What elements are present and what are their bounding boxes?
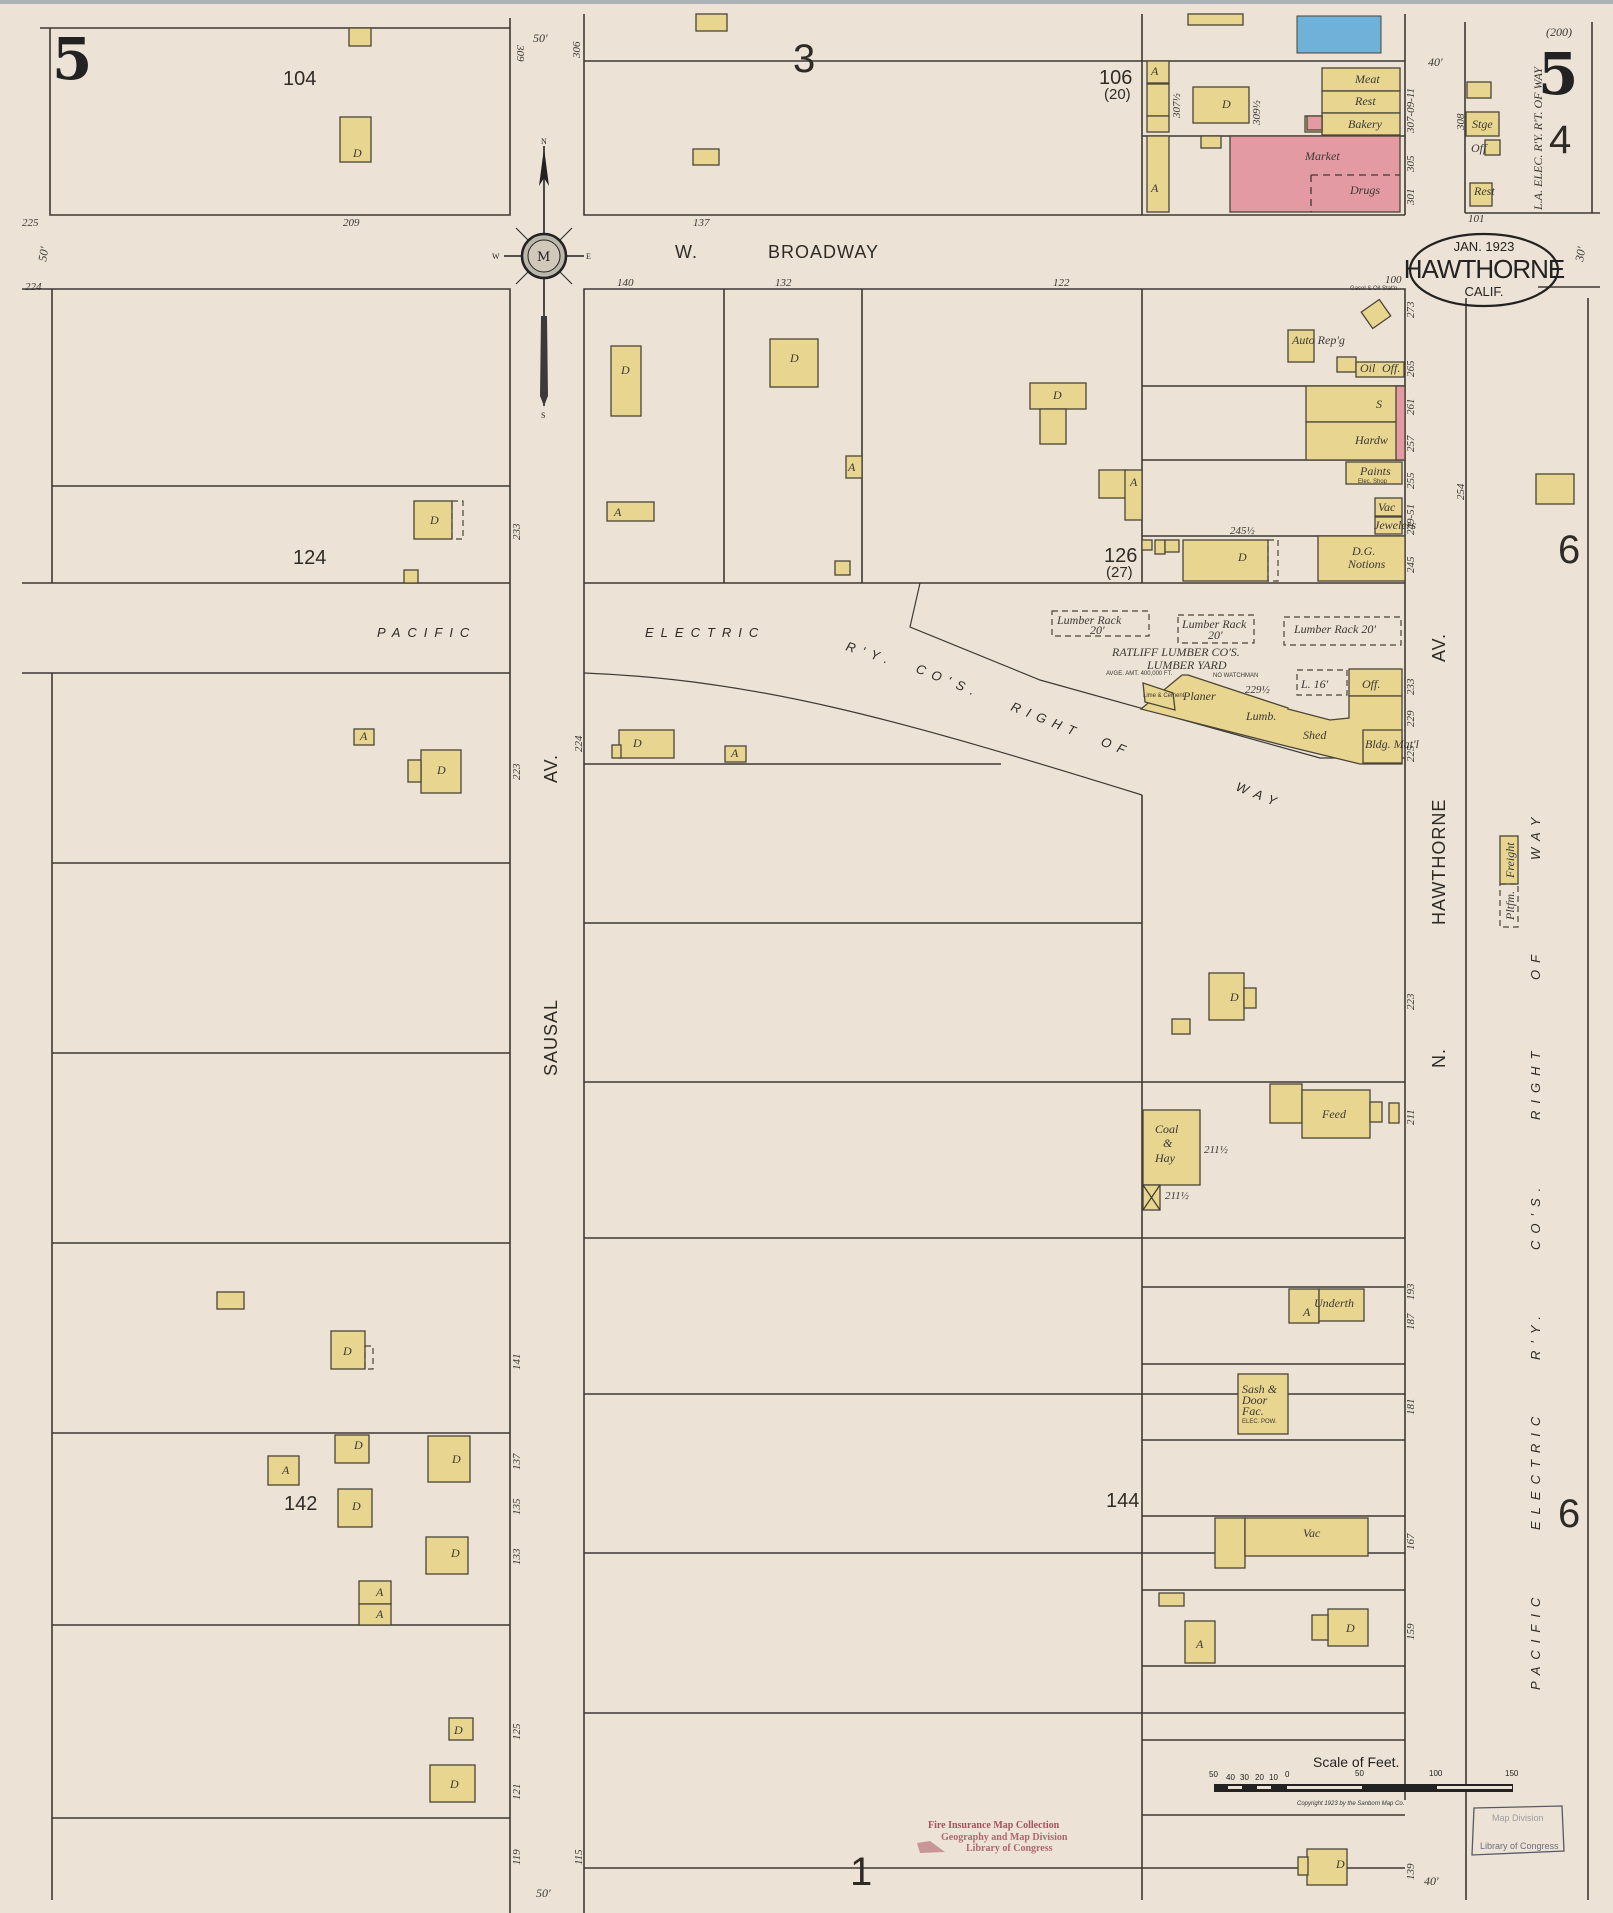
svg-text:50: 50 bbox=[1355, 1769, 1364, 1778]
svg-text:D: D bbox=[1335, 1857, 1345, 1871]
svg-text:D: D bbox=[352, 146, 362, 160]
svg-text:A: A bbox=[730, 746, 739, 760]
svg-text:Coal: Coal bbox=[1155, 1122, 1179, 1136]
map-city: HAWTHORNE bbox=[1404, 254, 1565, 284]
svg-text:Notions: Notions bbox=[1347, 557, 1386, 571]
svg-text:139: 139 bbox=[1405, 1863, 1417, 1880]
svg-text:Vac: Vac bbox=[1303, 1526, 1321, 1540]
svg-text:100: 100 bbox=[1429, 1769, 1443, 1778]
svg-text:10: 10 bbox=[1269, 1773, 1278, 1782]
svg-text:133: 133 bbox=[511, 1548, 523, 1565]
svg-text:125: 125 bbox=[511, 1723, 523, 1740]
svg-text:Oil: Oil bbox=[1360, 361, 1376, 375]
svg-text:101: 101 bbox=[1468, 213, 1485, 225]
la-elec-num: (200) bbox=[1546, 25, 1572, 39]
svg-text:187: 187 bbox=[1405, 1313, 1417, 1330]
svg-text:D: D bbox=[620, 363, 630, 377]
svg-text:122: 122 bbox=[1053, 277, 1070, 289]
svg-text:254: 254 bbox=[1455, 483, 1467, 500]
svg-text:N: N bbox=[541, 137, 547, 146]
row-pacific: PACIFIC bbox=[377, 625, 476, 640]
svg-text:Off.: Off. bbox=[1362, 677, 1380, 691]
svg-text:Freight: Freight bbox=[1503, 842, 1517, 879]
svg-text:D: D bbox=[353, 1438, 363, 1452]
svg-text:261: 261 bbox=[1405, 399, 1417, 416]
east-pacific: PACIFIC bbox=[1528, 1591, 1543, 1690]
svg-text:A: A bbox=[375, 1607, 384, 1621]
svg-text:Auto Rep'g: Auto Rep'g bbox=[1291, 333, 1345, 347]
svg-text:100: 100 bbox=[1385, 274, 1402, 286]
svg-text:305: 305 bbox=[1405, 155, 1417, 173]
svg-text:135: 135 bbox=[511, 1498, 523, 1515]
svg-text:40: 40 bbox=[1226, 1773, 1235, 1782]
svg-text:Jewelers: Jewelers bbox=[1374, 518, 1416, 532]
adjacent-sheet-4: 4 bbox=[1549, 118, 1571, 162]
svg-text:Pltfm.: Pltfm. bbox=[1503, 891, 1517, 921]
svg-text:308: 308 bbox=[1455, 113, 1467, 131]
svg-text:Scale of Feet.: Scale of Feet. bbox=[1313, 1754, 1399, 1770]
svg-text:S: S bbox=[1376, 397, 1382, 411]
svg-text:224: 224 bbox=[573, 735, 585, 752]
svg-text:Rest: Rest bbox=[1354, 94, 1376, 108]
svg-text:A: A bbox=[1129, 475, 1138, 489]
svg-text:20: 20 bbox=[1255, 1773, 1264, 1782]
svg-text:119: 119 bbox=[511, 1849, 523, 1865]
svg-text:223: 223 bbox=[1405, 993, 1417, 1010]
svg-text:229½: 229½ bbox=[1245, 684, 1270, 696]
east-ry: R'Y. bbox=[1528, 1309, 1543, 1360]
svg-text:NO WATCHMAN: NO WATCHMAN bbox=[1213, 673, 1258, 679]
svg-text:A: A bbox=[1150, 181, 1159, 195]
svg-text:229: 229 bbox=[1405, 710, 1417, 727]
svg-text:Drugs: Drugs bbox=[1349, 183, 1380, 197]
svg-text:Hardw: Hardw bbox=[1354, 433, 1388, 447]
svg-text:Off: Off bbox=[1471, 141, 1488, 155]
svg-text:Geography and Map Division: Geography and Map Division bbox=[941, 1832, 1068, 1843]
svg-text:309: 309 bbox=[514, 44, 526, 62]
svg-text:A: A bbox=[359, 729, 368, 743]
svg-text:211½: 211½ bbox=[1204, 1144, 1228, 1156]
east-electric: ELECTRIC bbox=[1528, 1410, 1543, 1530]
auto-shed bbox=[349, 28, 371, 46]
svg-text:Planer: Planer bbox=[1182, 689, 1216, 703]
svg-text:309½: 309½ bbox=[1251, 100, 1263, 126]
svg-text:132: 132 bbox=[775, 277, 792, 289]
street-sausal-av: AV. bbox=[541, 754, 561, 783]
svg-text:A: A bbox=[375, 1585, 384, 1599]
adjacent-sheet-3: 3 bbox=[793, 37, 815, 81]
svg-text:RATLIFF LUMBER CO'S.: RATLIFF LUMBER CO'S. bbox=[1111, 645, 1240, 659]
svg-text:Fire Insurance Map Collection: Fire Insurance Map Collection bbox=[928, 1820, 1060, 1831]
svg-text:306: 306 bbox=[571, 41, 583, 59]
block-106-sub: (20) bbox=[1104, 86, 1131, 103]
adjacent-sheet-1: 1 bbox=[850, 1850, 872, 1894]
street-w: W. bbox=[675, 242, 698, 262]
svg-text:Gasol & Oil Stat'n.: Gasol & Oil Stat'n. bbox=[1350, 286, 1399, 292]
svg-text:209: 209 bbox=[343, 217, 360, 229]
svg-text:Copyright 1923 by the Sanborn: Copyright 1923 by the Sanborn Map Co. bbox=[1297, 1801, 1404, 1807]
svg-text:D: D bbox=[436, 763, 446, 777]
svg-text:Vac: Vac bbox=[1378, 500, 1396, 514]
svg-text:245: 245 bbox=[1405, 556, 1417, 573]
svg-text:A: A bbox=[1302, 1305, 1311, 1319]
svg-text:Off.: Off. bbox=[1382, 361, 1400, 375]
svg-text:211½: 211½ bbox=[1165, 1190, 1189, 1202]
svg-text:255: 255 bbox=[1405, 472, 1417, 489]
east-of: OF bbox=[1528, 948, 1543, 980]
svg-text:D.G.: D.G. bbox=[1351, 544, 1375, 558]
svg-text:Stge: Stge bbox=[1472, 117, 1493, 131]
svg-text:D: D bbox=[453, 1723, 463, 1737]
svg-text:181: 181 bbox=[1405, 1399, 1417, 1416]
svg-text:50': 50' bbox=[533, 31, 548, 45]
sanborn-map-sheet: 5 5 3 4 6 6 1 JAN. 1923 HAWTHORNE CALIF.… bbox=[0, 0, 1613, 1913]
svg-text:LUMBER YARD: LUMBER YARD bbox=[1146, 658, 1227, 672]
block-104: 104 bbox=[283, 68, 316, 90]
svg-text:Lumber Rack 20': Lumber Rack 20' bbox=[1293, 622, 1376, 636]
svg-text:Paints: Paints bbox=[1359, 464, 1391, 478]
svg-text:Elec. Shop: Elec. Shop bbox=[1358, 479, 1388, 485]
svg-text:159: 159 bbox=[1405, 1623, 1417, 1640]
block-144: 144 bbox=[1106, 1490, 1139, 1512]
svg-text:30: 30 bbox=[1240, 1773, 1249, 1782]
svg-text:115: 115 bbox=[573, 1849, 585, 1865]
svg-text:307½: 307½ bbox=[1171, 93, 1183, 119]
svg-text:Hay: Hay bbox=[1154, 1151, 1176, 1165]
svg-text:Rest: Rest bbox=[1473, 184, 1495, 198]
svg-text:265: 265 bbox=[1405, 360, 1417, 377]
east-way: WAY bbox=[1528, 811, 1543, 860]
svg-text:Shed: Shed bbox=[1303, 728, 1327, 742]
street-n: N. bbox=[1429, 1048, 1449, 1068]
svg-text:150: 150 bbox=[1505, 1769, 1519, 1778]
svg-text:40': 40' bbox=[1424, 1874, 1439, 1888]
svg-text:Lumb.: Lumb. bbox=[1245, 709, 1276, 723]
svg-text:211: 211 bbox=[1405, 1109, 1417, 1125]
svg-text:D: D bbox=[1221, 97, 1231, 111]
svg-text:AVGE. AMT. 400,000 FT.: AVGE. AMT. 400,000 FT. bbox=[1106, 671, 1173, 677]
svg-text:Feed: Feed bbox=[1321, 1107, 1347, 1121]
svg-text:50': 50' bbox=[35, 245, 51, 262]
svg-text:Library of Congress: Library of Congress bbox=[966, 1843, 1053, 1854]
svg-text:233: 233 bbox=[1405, 678, 1417, 695]
svg-text:223: 223 bbox=[511, 763, 523, 780]
adjacent-sheet-6a: 6 bbox=[1558, 528, 1580, 572]
market-drugs-brick bbox=[1230, 136, 1400, 212]
block-126-sub: (27) bbox=[1106, 564, 1133, 581]
svg-text:A: A bbox=[1195, 1637, 1204, 1651]
la-elec-row: L.A. ELEC. R'Y. R'T. OF WAY bbox=[1531, 66, 1545, 211]
svg-text:D: D bbox=[632, 736, 642, 750]
svg-text:D: D bbox=[1345, 1621, 1355, 1635]
svg-text:233: 233 bbox=[511, 523, 523, 540]
svg-text:Map Division: Map Division bbox=[1492, 1813, 1544, 1823]
svg-text:141: 141 bbox=[511, 1354, 523, 1371]
svg-text:20': 20' bbox=[1208, 628, 1223, 642]
svg-text:W: W bbox=[492, 252, 500, 261]
sheet-number-left: 5 bbox=[52, 25, 92, 93]
svg-text:L. 16': L. 16' bbox=[1300, 677, 1329, 691]
svg-text:D: D bbox=[451, 1452, 461, 1466]
east-cos: CO'S. bbox=[1528, 1181, 1543, 1250]
svg-text:A: A bbox=[613, 505, 622, 519]
svg-text:50': 50' bbox=[536, 1886, 551, 1900]
svg-text:137: 137 bbox=[693, 217, 710, 229]
street-sausal: SAUSAL bbox=[541, 999, 561, 1076]
svg-text:&: & bbox=[1163, 1136, 1173, 1150]
scan-edge bbox=[0, 0, 1613, 4]
svg-text:301: 301 bbox=[1405, 189, 1417, 207]
svg-text:20': 20' bbox=[1090, 623, 1105, 637]
svg-text:D: D bbox=[1052, 388, 1062, 402]
svg-text:Bakery: Bakery bbox=[1348, 117, 1383, 131]
svg-text:Bldg. Mat'l: Bldg. Mat'l bbox=[1365, 737, 1420, 751]
svg-text:Library of Congress: Library of Congress bbox=[1480, 1841, 1559, 1851]
east-right: RIGHT bbox=[1528, 1045, 1543, 1120]
svg-text:D: D bbox=[342, 1344, 352, 1358]
svg-text:Lime & Cement: Lime & Cement bbox=[1143, 693, 1185, 699]
svg-text:D: D bbox=[351, 1499, 361, 1513]
svg-text:167: 167 bbox=[1405, 1533, 1417, 1550]
svg-text:224: 224 bbox=[25, 281, 42, 293]
row-electric: ELECTRIC bbox=[645, 625, 765, 640]
svg-text:0: 0 bbox=[1285, 1770, 1290, 1779]
map-date: JAN. 1923 bbox=[1454, 239, 1515, 254]
svg-text:121: 121 bbox=[511, 1784, 523, 1801]
svg-text:Lumber Rack: Lumber Rack bbox=[1056, 613, 1122, 627]
svg-text:A: A bbox=[281, 1463, 290, 1477]
svg-text:A: A bbox=[1150, 64, 1159, 78]
outbuilding bbox=[696, 14, 727, 31]
block-124: 124 bbox=[293, 547, 326, 569]
svg-text:273: 273 bbox=[1405, 301, 1417, 318]
svg-text:D: D bbox=[789, 351, 799, 365]
svg-text:307-09-11: 307-09-11 bbox=[1405, 88, 1417, 134]
svg-text:ELEC. POW.: ELEC. POW. bbox=[1242, 1419, 1277, 1425]
block-142: 142 bbox=[284, 1493, 317, 1515]
svg-text:245½: 245½ bbox=[1230, 525, 1255, 537]
svg-text:Meat: Meat bbox=[1354, 72, 1380, 86]
svg-text:E: E bbox=[586, 252, 591, 261]
svg-text:D: D bbox=[449, 1777, 459, 1791]
map-state: CALIF. bbox=[1464, 284, 1503, 299]
svg-text:225: 225 bbox=[22, 217, 39, 229]
street-hawthorne-av: AV. bbox=[1429, 633, 1449, 662]
svg-text:D: D bbox=[1229, 990, 1239, 1004]
svg-text:Fac.: Fac. bbox=[1241, 1404, 1264, 1418]
water-tank bbox=[1297, 16, 1381, 53]
svg-text:140: 140 bbox=[617, 277, 634, 289]
svg-text:50: 50 bbox=[1209, 1770, 1218, 1779]
svg-text:D: D bbox=[450, 1546, 460, 1560]
svg-text:193: 193 bbox=[1405, 1283, 1417, 1300]
svg-text:40': 40' bbox=[1428, 55, 1443, 69]
adjacent-sheet-6b: 6 bbox=[1558, 1492, 1580, 1536]
street-broadway: BROADWAY bbox=[768, 242, 879, 262]
svg-text:D: D bbox=[429, 513, 439, 527]
svg-text:137: 137 bbox=[511, 1453, 523, 1470]
street-hawthorne: HAWTHORNE bbox=[1429, 799, 1449, 925]
svg-text:Market: Market bbox=[1304, 149, 1340, 163]
svg-text:S: S bbox=[541, 411, 545, 420]
svg-text:D: D bbox=[1237, 550, 1247, 564]
svg-text:Underth: Underth bbox=[1314, 1296, 1354, 1310]
svg-text:257: 257 bbox=[1405, 435, 1417, 452]
svg-text:30': 30' bbox=[1572, 245, 1589, 263]
svg-text:A: A bbox=[847, 460, 856, 474]
room-bldg bbox=[693, 149, 719, 165]
svg-text:M: M bbox=[537, 250, 550, 265]
